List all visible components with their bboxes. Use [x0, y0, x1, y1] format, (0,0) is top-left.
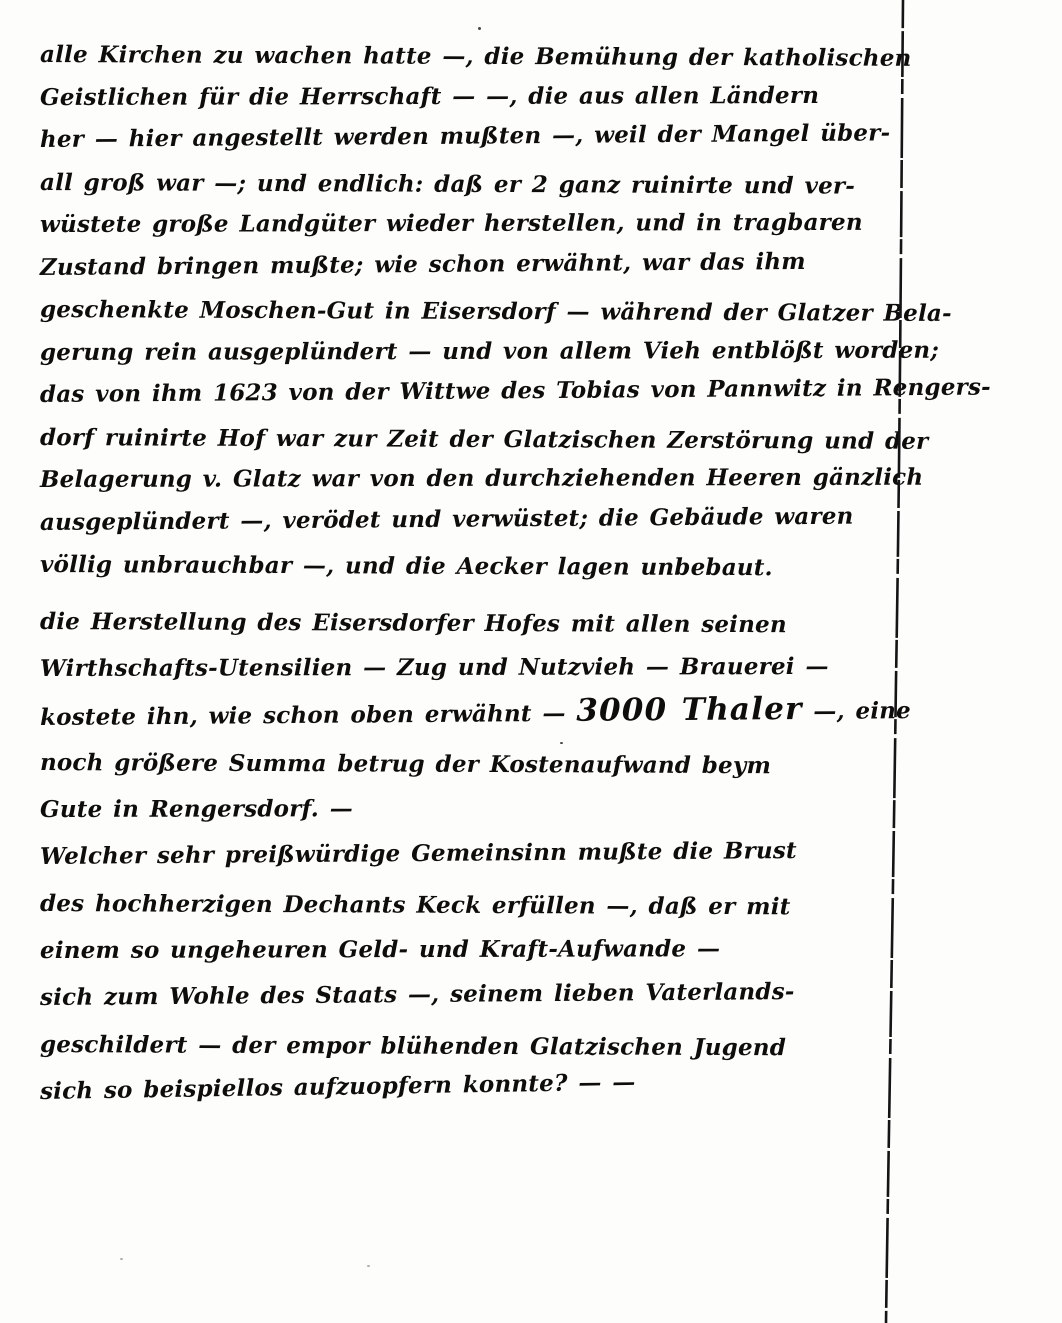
manuscript-line: einem so ungeheuren Geld- und Kraft-Aufw… [40, 924, 900, 973]
manuscript-line-amount: kostete ihn, wie schon oben erwähnt — 30… [40, 685, 900, 739]
manuscript-text: alle Kirchen zu wachen hatte —, die Bemü… [40, 34, 900, 1115]
manuscript-line: die Herstellung des Eisersdorfer Hofes m… [40, 598, 900, 649]
manuscript-line: alle Kirchen zu wachen hatte —, die Bemü… [40, 34, 900, 80]
manuscript-line: all groß war —; und endlich: daß er 2 ga… [40, 162, 900, 208]
ink-speck [478, 27, 481, 30]
manuscript-page: alle Kirchen zu wachen hatte —, die Bemü… [0, 0, 1062, 1323]
manuscript-line: noch größere Summa betrug der Kostenaufw… [40, 739, 900, 790]
fold-line [870, 0, 910, 1323]
ink-speck [120, 1258, 123, 1260]
manuscript-line: Zustand bringen mußte; wie schon erwähnt… [40, 240, 900, 289]
manuscript-line: Welcher sehr preißwürdige Gemeinsinn muß… [40, 826, 900, 880]
manuscript-line: Gute in Rengersdorf. — [40, 783, 900, 832]
ink-speck [367, 1265, 370, 1267]
manuscript-line: das von ihm 1623 von der Wittwe des Tobi… [40, 367, 900, 416]
manuscript-line: Wirthschafts-Utensilien — Zug und Nutzvi… [40, 642, 900, 691]
ink-speck [560, 742, 563, 744]
manuscript-line: dorf ruinirte Hof war zur Zeit der Glatz… [40, 417, 900, 463]
paragraph-block-lower: die Herstellung des Eisersdorfer Hofes m… [40, 598, 900, 1115]
amount-figure: 3000 Thaler [576, 691, 803, 729]
paragraph-block-upper: alle Kirchen zu wachen hatte —, die Bemü… [40, 34, 900, 587]
line-text: kostete ihn, wie schon oben erwähnt — [40, 699, 576, 730]
manuscript-line: völlig unbrauchbar —, und die Aecker lag… [40, 544, 900, 590]
manuscript-line: wüstete große Landgüter wieder herstelle… [40, 202, 900, 247]
manuscript-line: her — hier angestellt werden mußten —, w… [40, 112, 900, 161]
manuscript-line: ausgeplündert —, verödet und verwüstet; … [40, 495, 900, 544]
manuscript-line: sich zum Wohle des Staats —, seinem lieb… [40, 967, 900, 1021]
manuscript-line: des hochherzigen Dechants Keck erfüllen … [40, 880, 900, 931]
manuscript-line: geschenkte Moschen-Gut in Eisersdorf — w… [40, 289, 900, 335]
manuscript-line: Belagerung v. Glatz war von den durchzie… [40, 457, 900, 502]
